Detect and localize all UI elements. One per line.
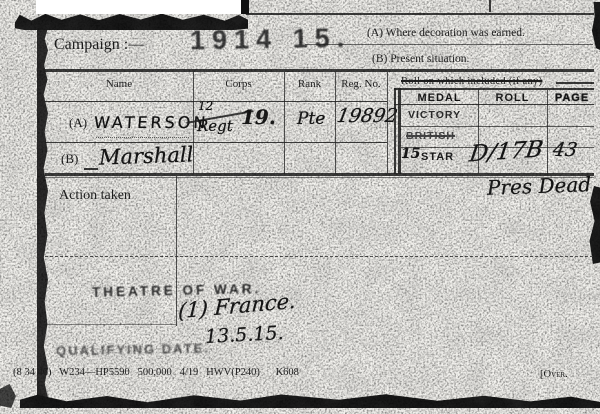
column-header-regno: Reg. No. (335, 78, 387, 90)
corps-note-handwritten: 12 (198, 99, 213, 113)
printer-imprint: (8 34 46) W234—HP5590 500,000 4/19 HWV(P… (13, 367, 299, 378)
row-b-name-handwritten: Marshall (99, 142, 194, 169)
row-b-prefix: (B) (61, 151, 78, 167)
corps-handwritten: Regt (197, 117, 233, 135)
qualifying-date-stamp: QUALIFYING DATE. (56, 341, 210, 359)
corps-number-handwritten: 19. (241, 105, 276, 129)
presumed-dead-remark-handwritten: Pres Dead (487, 172, 592, 200)
campaign-label: Campaign :— (54, 36, 144, 54)
medal-box-top-border (394, 88, 594, 90)
row-a-rule (45, 142, 387, 143)
over-note: [Over. (540, 369, 568, 380)
note-a-rule (305, 44, 593, 45)
theatre-entry-rule (45, 324, 176, 325)
row-b-dash-stroke (84, 168, 98, 170)
medal-roll-title: Roll on which included (if any) (401, 76, 542, 87)
medal-index-card-scan: Campaign :— 1914 15. (A) Where decoratio… (0, 0, 600, 414)
medal-row-star-handwritten-15: 15 (401, 146, 420, 162)
medal-box-left-border-outer (394, 88, 396, 174)
medal-roll-title-strike-tail (556, 82, 594, 84)
right-edge-smudge-mid (589, 186, 600, 264)
page-column-header: PAGE (547, 92, 597, 104)
roll-column-header: ROLL (478, 92, 547, 104)
header-underline (45, 101, 387, 102)
campaign-year-stamp: 1914 15. (190, 23, 352, 57)
note-where-decoration-earned: (A) Where decoration was earned. (367, 27, 525, 39)
section-dashed-rule (45, 256, 593, 257)
row-a-dotted-leader (96, 137, 189, 138)
medal-column-header: MEDAL (401, 92, 478, 104)
medal-row-british: BRITISH (406, 130, 455, 142)
bottom-left-blob (0, 384, 16, 408)
column-header-corps: Corps (193, 78, 284, 90)
medal-header-rule (394, 104, 594, 105)
card-left-border (37, 28, 48, 398)
note-present-situation: (B) Present situation. (372, 53, 469, 65)
regno-handwritten: 19892 (335, 105, 399, 127)
column-header-name: Name (45, 78, 193, 90)
rank-handwritten: Pte (297, 109, 325, 129)
star-roll-reference-handwritten: D/17B (468, 137, 545, 168)
medal-row-rule-1 (401, 126, 594, 127)
medal-row-star: STAR (421, 151, 454, 163)
medal-row-victory: VICTORY (408, 109, 461, 121)
action-taken-label: Action taken (59, 188, 131, 204)
action-section-divider (176, 176, 177, 326)
qualifying-date-handwritten: 13.5.15. (204, 322, 284, 348)
row-a-prefix: (A) (69, 115, 87, 131)
right-edge-smudge-top (591, 2, 600, 50)
top-white-overlay-card (36, 0, 249, 14)
star-page-handwritten: 43 (551, 139, 578, 161)
table-top-rule (45, 69, 594, 72)
column-header-rank: Rank (284, 78, 335, 90)
top-stray-mark (489, 0, 491, 12)
top-edge-rule (246, 13, 594, 15)
bottom-scan-band (20, 393, 600, 408)
